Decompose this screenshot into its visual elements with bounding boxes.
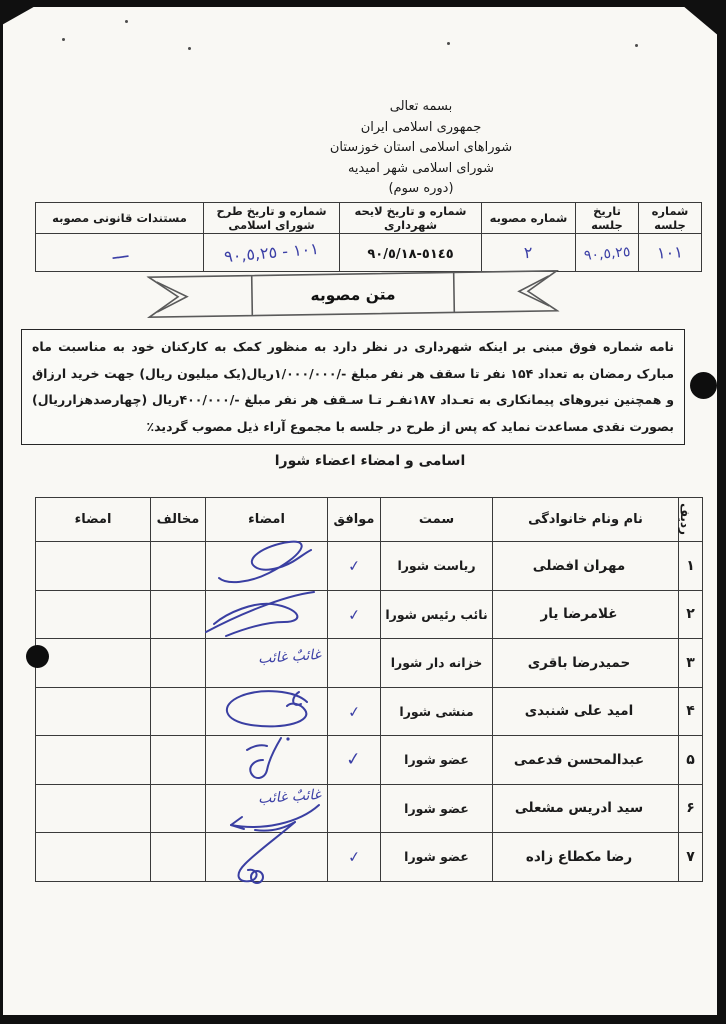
signature-cell: غائبٌ غائب — [206, 639, 328, 688]
signature2-cell — [36, 833, 151, 882]
member-row: ۵ عبدالمحسن فدعمی عضو شورا ✓ — [36, 736, 703, 785]
member-name: امید علی شنبدی — [493, 687, 679, 736]
member-row: ۳ حمیدرضا باقری خزانه دار شورا غائبٌ غائ… — [36, 639, 703, 688]
signature-scribble-icon — [207, 686, 327, 736]
scanned-council-resolution: بسمه تعالی جمهوری اسلامی ایران شوراهای ا… — [0, 0, 726, 1024]
letterhead-line-city-council: شورای اسلامی شهر امیدیه — [271, 159, 571, 180]
resolution-text: نامه شماره فوق مبنی بر اینکه شهرداری در … — [32, 334, 674, 440]
signature-scribble-icon — [207, 820, 327, 886]
letterhead-line-basmala: بسمه تعالی — [271, 97, 571, 118]
against-cell — [151, 736, 206, 785]
scan-speck — [635, 44, 638, 47]
agree-cell: ✓ — [328, 590, 381, 639]
member-row: ۴ امید علی شنبدی منشی شورا ✓ — [36, 687, 703, 736]
signature-cell — [206, 590, 328, 639]
member-role: خزانه دار شورا — [381, 639, 493, 688]
agree-checkmark-icon: ✓ — [347, 557, 361, 576]
agree-checkmark-icon: ✓ — [345, 749, 362, 771]
punch-hole — [26, 645, 49, 668]
info-value-resolution-no: ۲ — [524, 243, 534, 262]
member-number: ۵ — [679, 736, 703, 785]
resolution-info-table: شماره جلسه تاریخ جلسه شماره مصوبه شماره … — [35, 202, 702, 272]
member-row: ۷ رضا مکطاع زاده عضو شورا ✓ — [36, 833, 703, 882]
info-header-bill-no-date: شماره و تاریخ لایحه شهرداری — [340, 203, 482, 234]
members-header-signature2: امضاء — [36, 498, 151, 542]
letterhead: بسمه تعالی جمهوری اسلامی ایران شوراهای ا… — [271, 97, 571, 200]
resolution-body-box: نامه شماره فوق مبنی بر اینکه شهرداری در … — [21, 329, 685, 445]
member-name: رضا مکطاع زاده — [493, 833, 679, 882]
member-role: عضو شورا — [381, 833, 493, 882]
info-header-plan-no-date: شماره و تاریخ طرح شورای اسلامی — [204, 203, 340, 234]
agree-cell: ✓ — [328, 542, 381, 591]
info-value-legal-docs: ـــ — [110, 241, 129, 264]
scan-speck — [62, 38, 65, 41]
info-value-plan-no-date: ٩٠,٥,٢٥ - ١٠١ — [223, 239, 319, 266]
agree-checkmark-icon: ✓ — [347, 605, 361, 624]
info-header-legal-docs: مستندات قانونی مصوبه — [36, 203, 204, 234]
signature-cell — [206, 542, 328, 591]
scan-edge-top — [0, 0, 726, 7]
agree-cell: ✓ — [328, 687, 381, 736]
scan-corner-top-left — [0, 0, 46, 26]
signature-cell — [206, 736, 328, 785]
member-row: ۲ غلامرضا یار نائب رئیس شورا ✓ — [36, 590, 703, 639]
signature2-cell — [36, 736, 151, 785]
agree-cell: ✓ — [328, 736, 381, 785]
member-number: ۳ — [679, 639, 703, 688]
member-name: سید ادریس مشعلی — [493, 784, 679, 833]
agree-checkmark-icon: ✓ — [347, 702, 361, 721]
signature-scribble-icon — [202, 586, 332, 642]
signature2-cell — [36, 687, 151, 736]
member-role: ریاست شورا — [381, 542, 493, 591]
against-cell — [151, 687, 206, 736]
against-cell — [151, 639, 206, 688]
member-number: ۲ — [679, 590, 703, 639]
member-name: حمیدرضا باقری — [493, 639, 679, 688]
member-number: ۱ — [679, 542, 703, 591]
against-cell — [151, 542, 206, 591]
info-value-bill-no-date: ٩٠/٥/١٨-٥١٤٥ — [367, 247, 453, 262]
info-value-session-no: ۱۰۱ — [657, 242, 684, 262]
member-role: نائب رئیس شورا — [381, 590, 493, 639]
punch-hole — [690, 372, 717, 399]
signature2-cell — [36, 542, 151, 591]
signature-scribble-icon — [217, 734, 317, 786]
member-role: عضو شورا — [381, 784, 493, 833]
members-header-name: نام ونام خانوادگی — [493, 498, 679, 542]
signature2-cell — [36, 590, 151, 639]
members-header-signature: امضاء — [206, 498, 328, 542]
agree-cell: ✓ — [328, 833, 381, 882]
scan-speck — [447, 42, 450, 45]
members-signature-table: ردیف نام ونام خانوادگی سمت موافق امضاء م… — [35, 497, 703, 882]
member-number: ۷ — [679, 833, 703, 882]
scan-edge-bottom — [0, 1015, 726, 1024]
scan-corner-top-right — [676, 0, 726, 42]
letterhead-line-country: جمهوری اسلامی ایران — [271, 118, 571, 139]
member-role: عضو شورا — [381, 736, 493, 785]
against-cell — [151, 784, 206, 833]
member-name: غلامرضا یار — [493, 590, 679, 639]
info-value-session-date: ٩٠,٥,٢٥ — [583, 244, 631, 264]
info-header-session-date: تاریخ جلسه — [576, 203, 639, 234]
signature-cell — [206, 833, 328, 882]
against-cell — [151, 590, 206, 639]
letterhead-line-province-councils: شوراهای اسلامی استان خوزستان — [271, 138, 571, 159]
members-header-role: سمت — [381, 498, 493, 542]
resolution-text-banner: متن مصوبه — [147, 268, 560, 320]
banner-label: متن مصوبه — [310, 285, 395, 304]
member-name: عبدالمحسن فدعمی — [493, 736, 679, 785]
members-header-no: ردیف — [679, 498, 703, 542]
info-header-session-no: شماره جلسه — [639, 203, 702, 234]
member-role: منشی شورا — [381, 687, 493, 736]
members-header-against: مخالف — [151, 498, 206, 542]
member-row: ۱ مهران افضلی ریاست شورا ✓ — [36, 542, 703, 591]
scan-speck — [188, 47, 191, 50]
member-number: ۶ — [679, 784, 703, 833]
member-row: ۶ سید ادریس مشعلی عضو شورا غائبٌ غائب — [36, 784, 703, 833]
against-cell — [151, 833, 206, 882]
scan-speck — [125, 20, 128, 23]
agree-checkmark-icon: ✓ — [347, 848, 361, 867]
scan-edge-left — [0, 0, 3, 1024]
member-name: مهران افضلی — [493, 542, 679, 591]
members-header-agree: موافق — [328, 498, 381, 542]
member-number: ۴ — [679, 687, 703, 736]
signature-cell — [206, 687, 328, 736]
letterhead-line-term: (دوره سوم) — [271, 179, 571, 200]
signature2-cell — [36, 639, 151, 688]
info-header-resolution-no: شماره مصوبه — [482, 203, 576, 234]
members-section-title: اسامی و امضاء اعضاء شورا — [0, 453, 726, 469]
scan-edge-right — [717, 0, 726, 1024]
signature2-cell — [36, 784, 151, 833]
